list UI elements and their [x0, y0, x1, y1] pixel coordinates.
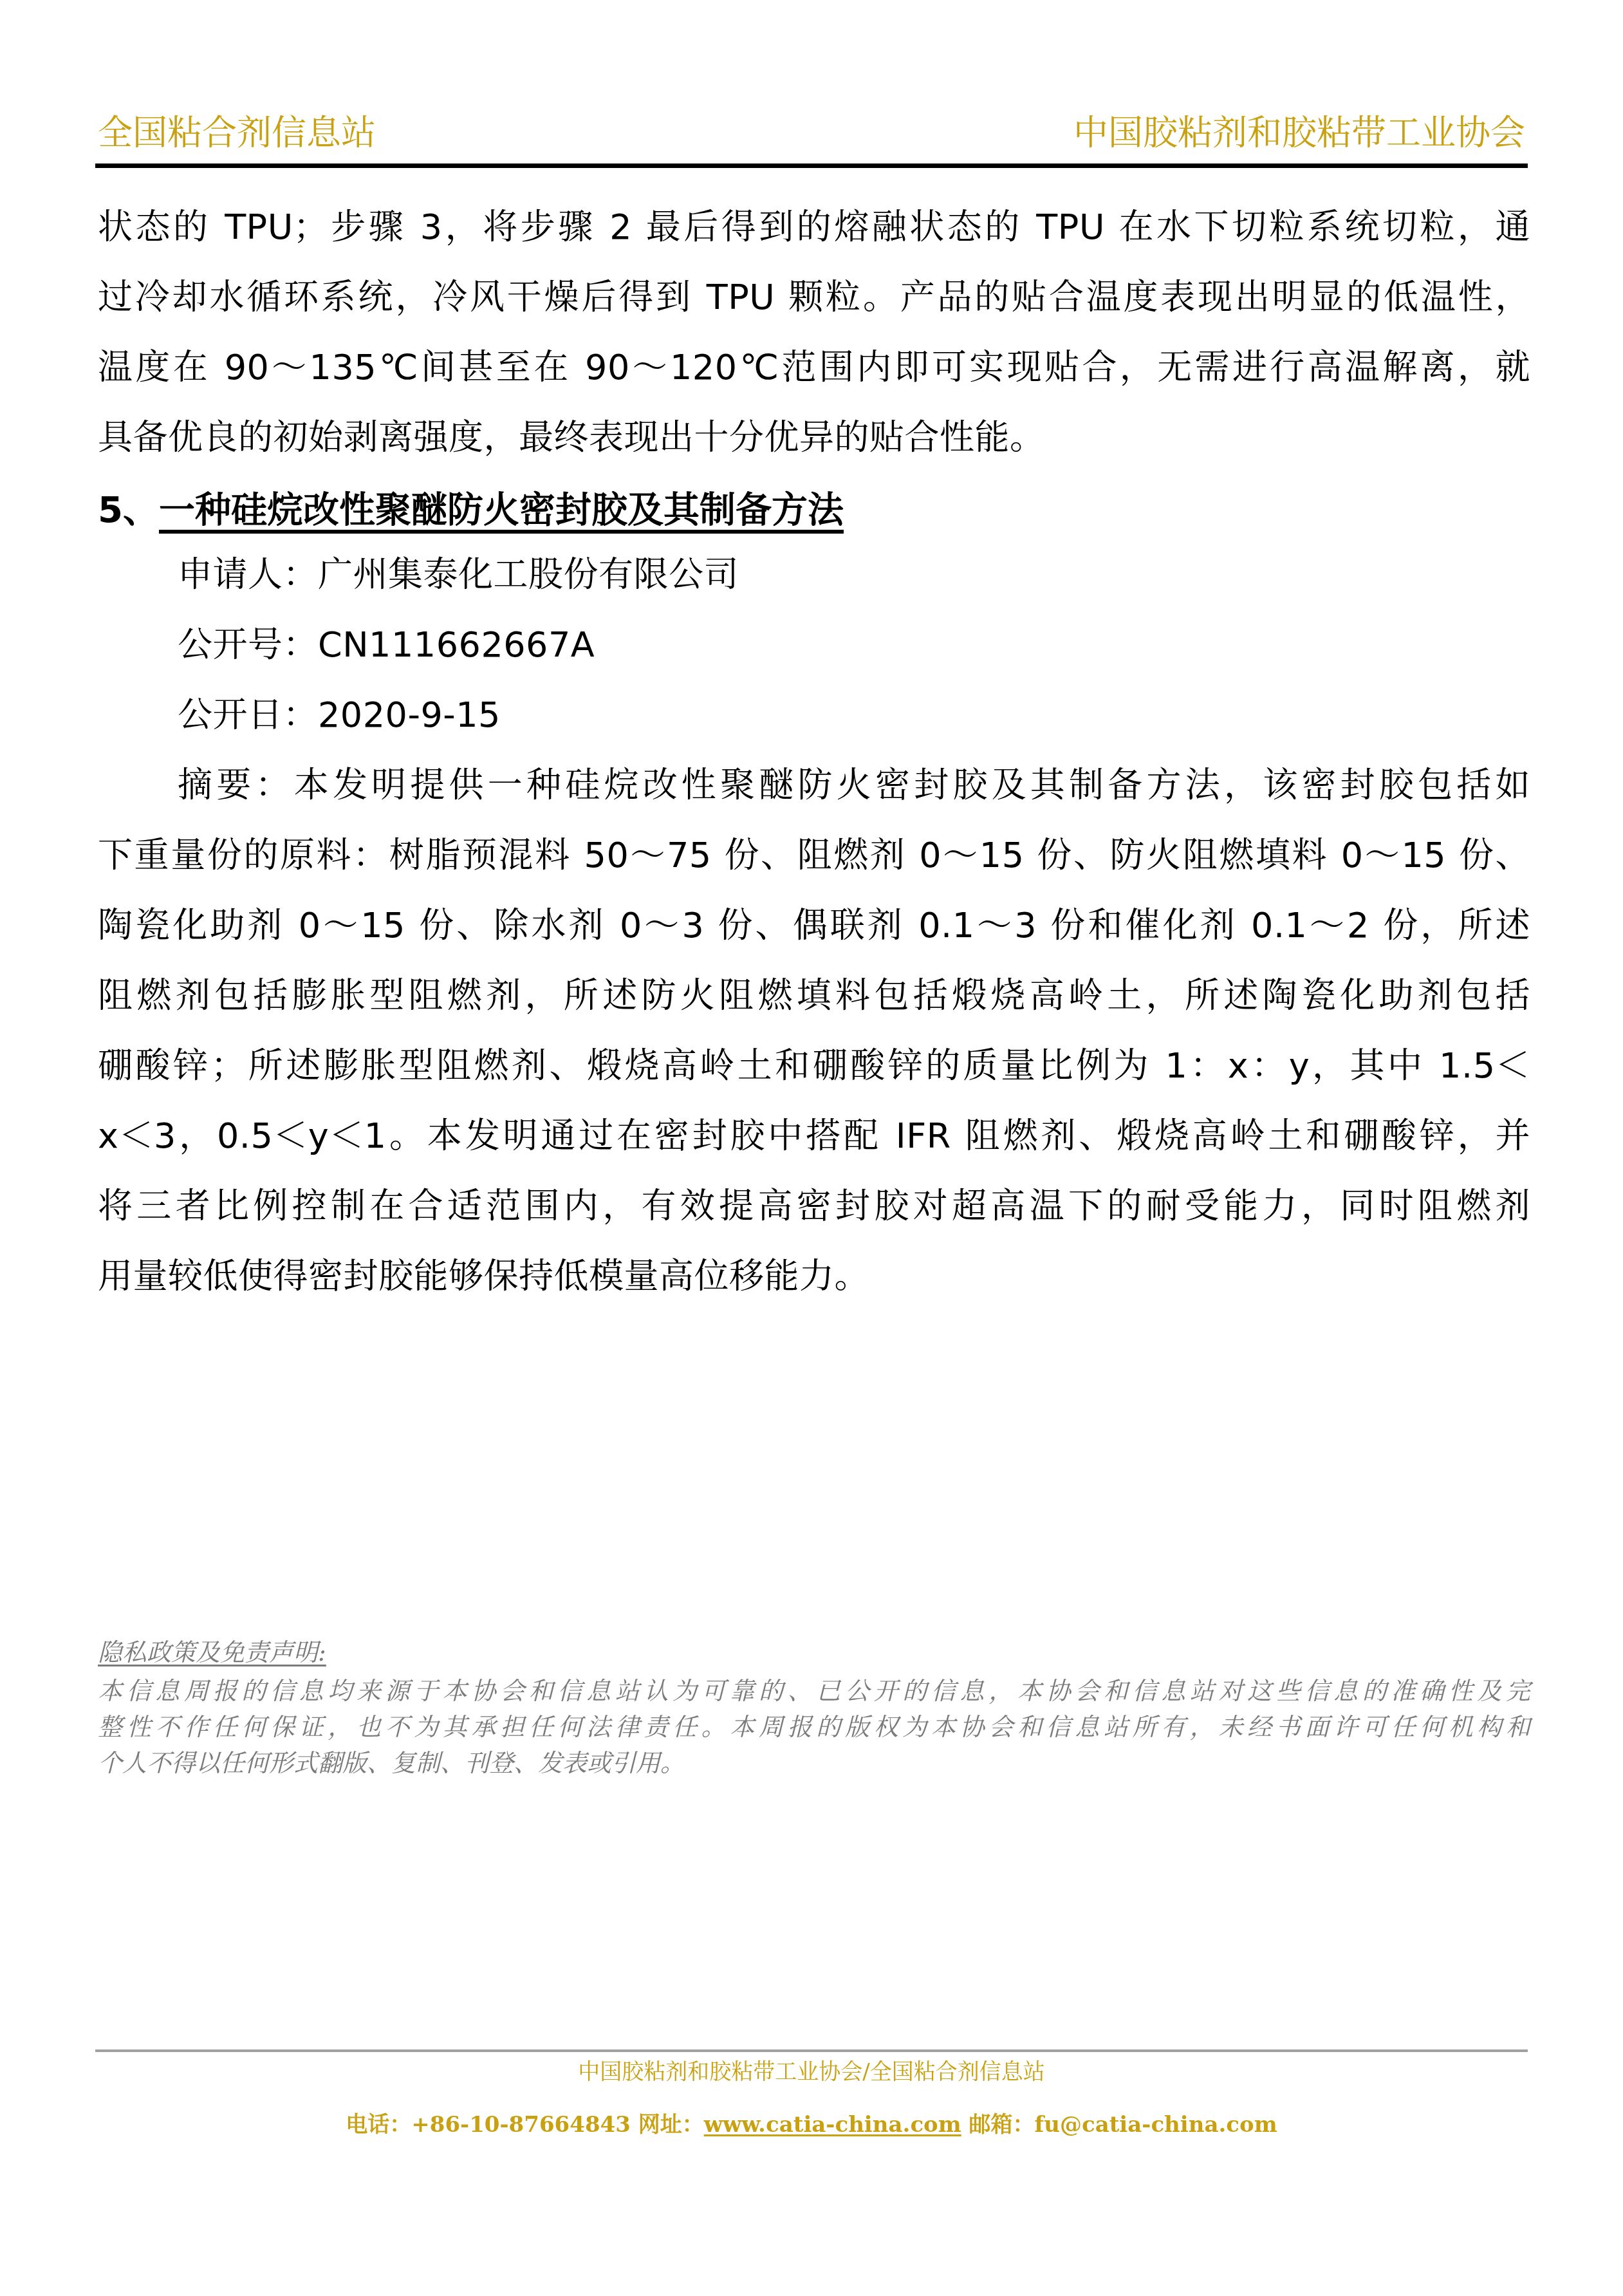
applicant-value: 广州集泰化工股份有限公司: [318, 554, 739, 595]
footer-contact: 电话：+86-10-87664843 网址：www.catia-china.co…: [0, 2114, 1623, 2136]
phone-number: +86-10-87664843: [411, 2112, 631, 2138]
disclaimer-line: 个人不得以任何形式翻版、复制、刊登、发表或引用。: [98, 1751, 1530, 1775]
applicant-row: 申请人：广州集泰化工股份有限公司: [178, 557, 1610, 592]
footer-divider: [95, 2049, 1528, 2052]
email-address[interactable]: fu@catia-china.com: [1035, 2112, 1277, 2138]
abstract-line: 硼酸锌；所述膨胀型阻燃剂、煅烧高岭土和硼酸锌的质量比例为 1：x：y，其中 1.…: [98, 1049, 1530, 1083]
applicant-label: 申请人：: [178, 554, 318, 595]
body-text-line: 过冷却水循环系统，冷风干燥后得到 TPU 颗粒。产品的贴合温度表现出明显的低温性…: [98, 280, 1530, 315]
publication-date-value: 2020-9-15: [318, 695, 501, 735]
abstract-line: 用量较低使得密封胶能够保持低模量高位移能力。: [98, 1259, 1530, 1294]
disclaimer-line: 本信息周报的信息均来源于本协会和信息站认为可靠的、已公开的信息，本协会和信息站对…: [98, 1679, 1530, 1703]
body-text-line: 温度在 90～135℃间甚至在 90～120℃范围内即可实现贴合，无需进行高温解…: [98, 350, 1530, 385]
footer-organization: 中国胶粘剂和胶粘带工业协会/全国粘合剂信息站: [0, 2061, 1623, 2083]
website-link[interactable]: www.catia-china.com: [704, 2112, 961, 2138]
phone-label: 电话：: [346, 2112, 411, 2138]
disclaimer-title: 隐私政策及免责声明:: [98, 1640, 1530, 1665]
body-text-line: 状态的 TPU；步骤 3，将步骤 2 最后得到的熔融状态的 TPU 在水下切粒系…: [98, 210, 1530, 245]
publication-number-label: 公开号：: [178, 624, 318, 665]
email-label: 邮箱：: [961, 2112, 1035, 2138]
publication-number-value: CN111662667A: [318, 624, 595, 665]
publication-date-row: 公开日：2020-9-15: [178, 698, 1610, 733]
abstract-line: 下重量份的原料：树脂预混料 50～75 份、阻燃剂 0～15 份、防火阻燃填料 …: [98, 838, 1530, 873]
abstract-line: 陶瓷化助剂 0～15 份、除水剂 0～3 份、偶联剂 0.1～3 份和催化剂 0…: [98, 908, 1530, 943]
body-text-line: 具备优良的初始剥离强度，最终表现出十分优异的贴合性能。: [98, 420, 1530, 455]
section-number: 5、: [98, 489, 159, 531]
section-title: 一种硅烷改性聚醚防火密封胶及其制备方法: [159, 489, 844, 531]
header-association-name: 中国胶粘剂和胶粘带工业协会: [1073, 116, 1525, 151]
abstract-line: 摘要：本发明提供一种硅烷改性聚醚防火密封胶及其制备方法，该密封胶包括如: [178, 768, 1530, 803]
publication-number-row: 公开号：CN111662667A: [178, 628, 1610, 662]
header-divider: [95, 163, 1528, 168]
header-site-name: 全国粘合剂信息站: [98, 116, 376, 151]
website-label: 网址：: [631, 2112, 704, 2138]
abstract-line: x＜3，0.5＜y＜1。本发明通过在密封胶中搭配 IFR 阻燃剂、煅烧高岭土和硼…: [98, 1119, 1530, 1153]
section-heading: 5、一种硅烷改性聚醚防火密封胶及其制备方法: [98, 492, 844, 528]
disclaimer-line: 整性不作任何保证，也不为其承担任何法律责任。本周报的版权为本协会和信息站所有，未…: [98, 1715, 1530, 1739]
abstract-line: 阻燃剂包括膨胀型阻燃剂，所述防火阻燃填料包括煅烧高岭土，所述陶瓷化助剂包括: [98, 978, 1530, 1013]
abstract-line: 将三者比例控制在合适范围内，有效提高密封胶对超高温下的耐受能力，同时阻燃剂: [98, 1189, 1530, 1224]
publication-date-label: 公开日：: [178, 695, 318, 735]
